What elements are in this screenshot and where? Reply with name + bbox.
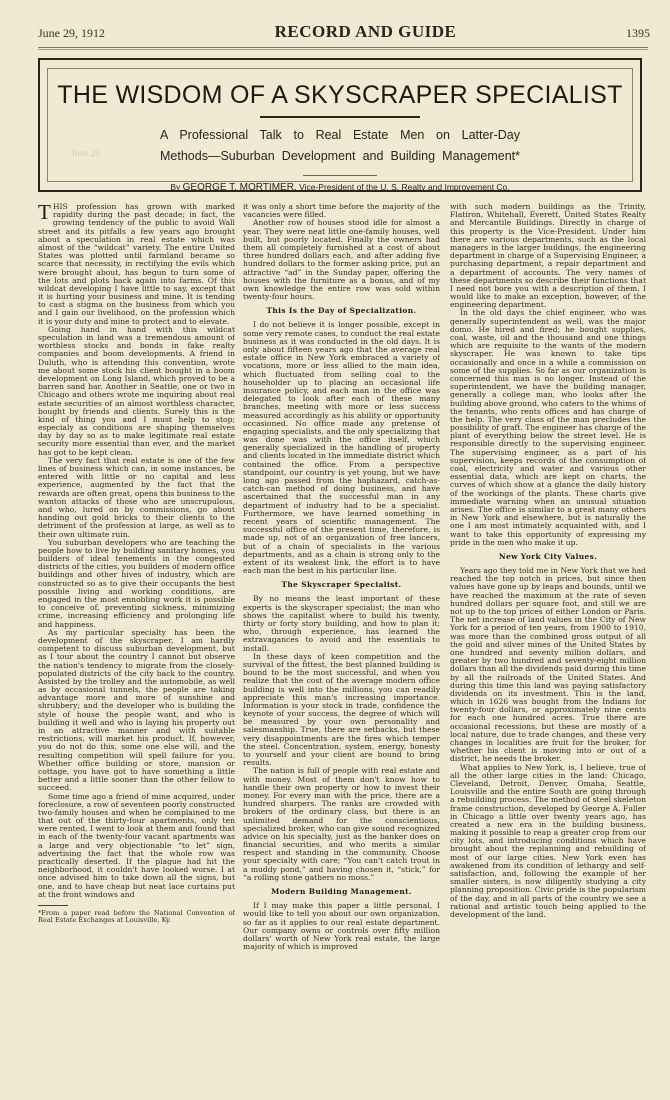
- section-heading-building-management: Modern Building Management.: [243, 888, 440, 896]
- publication-title: RECORD AND GUIDE: [275, 22, 457, 42]
- paragraph: The nation is full of people with real e…: [243, 767, 440, 882]
- issue-date: June 29, 1912: [38, 26, 105, 41]
- page-number: 1395: [626, 26, 650, 41]
- paragraph: If I may make this paper a little person…: [243, 902, 440, 951]
- subheadline-rule: [303, 175, 377, 176]
- paragraph: You suburban developers who are teaching…: [38, 539, 235, 629]
- paragraph: Years ago they told me in New York that …: [450, 567, 646, 764]
- article-headline: THE WISDOM OF A SKYSCRAPER SPECIALIST: [48, 81, 632, 110]
- section-heading-specialization: This Is the Day of Specialization.: [243, 307, 440, 315]
- paragraph: Another row of houses stood idle for alm…: [243, 219, 440, 301]
- column-1: THIS profession has grown with marked ra…: [38, 203, 235, 1073]
- byline-prefix: By: [170, 182, 180, 192]
- article-title-inner-frame: THE WISDOM OF A SKYSCRAPER SPECIALIST A …: [47, 68, 633, 182]
- paragraph: By no means the least important of these…: [243, 595, 440, 652]
- paragraph: Some time ago a friend of mine acquired,…: [38, 793, 235, 899]
- running-head: June 29, 1912 RECORD AND GUIDE 1395: [38, 22, 650, 44]
- column-3: with such modern buildings as the Trinit…: [450, 203, 646, 1073]
- article-subheadline-line-2: Methods—Suburban Development and Buildin…: [160, 146, 520, 167]
- footnote-rule: [38, 905, 68, 906]
- paragraph: with such modern buildings as the Trinit…: [450, 203, 646, 309]
- paragraph: it was only a short time before the majo…: [243, 203, 440, 219]
- section-heading-skyscraper-specialist: The Skyscraper Specialist.: [243, 581, 440, 589]
- drop-cap: T: [38, 204, 51, 221]
- paragraph: I do not believe it is longer possible, …: [243, 321, 440, 575]
- byline-title: Vice-President of the U. S. Realty and I…: [299, 182, 510, 192]
- paragraph: In these days of keen competition and th…: [243, 653, 440, 768]
- footnote: *From a paper read before the National C…: [38, 910, 235, 925]
- byline: By GEORGE T. MORTIMER, Vice-President of…: [48, 182, 632, 193]
- paragraph: In the old days the chief engineer, who …: [450, 309, 646, 546]
- headline-rule: [260, 116, 420, 118]
- paragraph: THIS profession has grown with marked ra…: [38, 203, 235, 326]
- article-body: THIS profession has grown with marked ra…: [38, 203, 646, 1073]
- section-heading-nyc-values: New York City Values.: [450, 553, 646, 561]
- paragraph: What applies to New York, is, I believe,…: [450, 764, 646, 920]
- faint-margin-mark: Item 29: [72, 148, 100, 158]
- paragraph: The very fact that real estate is one of…: [38, 457, 235, 539]
- paragraph: As my particular specialty has been the …: [38, 629, 235, 793]
- article-subheadline-line-1: A Professional Talk to Real Estate Men o…: [160, 125, 520, 146]
- paragraph: Going hand in hand with this wildcat spe…: [38, 326, 235, 457]
- article-title-box: THE WISDOM OF A SKYSCRAPER SPECIALIST A …: [38, 58, 642, 192]
- column-2: it was only a short time before the majo…: [243, 203, 440, 1073]
- running-head-rule: [38, 47, 648, 50]
- byline-author: GEORGE T. MORTIMER,: [183, 182, 297, 193]
